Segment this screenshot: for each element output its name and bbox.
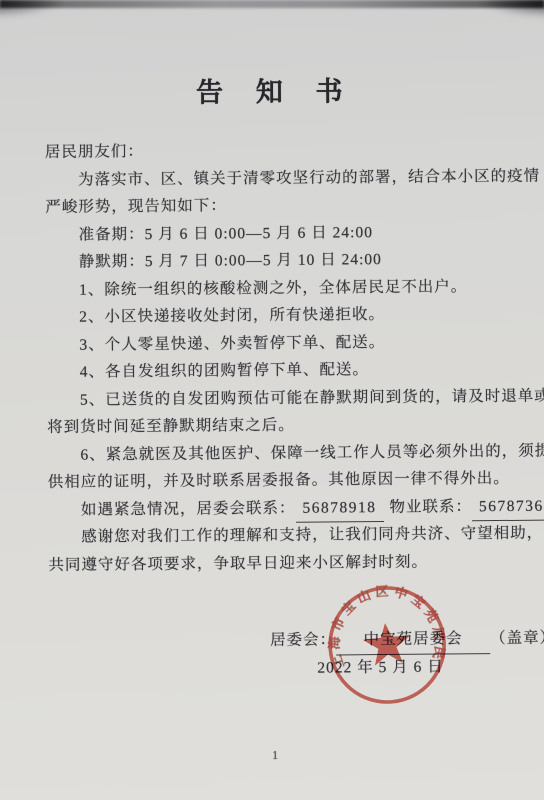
- signature-block: 居委会：中宝苑居委会（盖章） 2022 年 5 月 6 日: [2, 625, 544, 686]
- body-line: 为落实市、区、镇关于清零攻坚行动的部署，结合本小区的疫情: [45, 162, 515, 194]
- paper-sheet: 告 知 书 居民朋友们： 为落实市、区、镇关于清零攻坚行动的部署，结合本小区的疫…: [0, 0, 544, 800]
- contact-middle: 物业联系：: [389, 498, 472, 516]
- rule-3-line: 3、个人零星快递、外卖暂停下单、配送。: [46, 327, 516, 359]
- rule-4-line: 4、各自发组织的团购暂停下单、配送。: [47, 355, 517, 387]
- rule-2-line: 2、小区快递接收处封闭，所有快递拒收。: [46, 300, 516, 332]
- property-phone-number: 56787368: [472, 492, 544, 521]
- rule-5-continued-line: 将到货时间延至静默期结束之后。: [47, 410, 517, 442]
- contact-line: 如遇紧急情况，居委会联系：56878918物业联系：56787368。: [48, 492, 518, 524]
- photo-corner-shadow: [0, 0, 64, 18]
- salutation-line: 居民朋友们：: [45, 135, 515, 167]
- signature-line: 居委会：中宝苑居委会（盖章）: [2, 625, 544, 658]
- closing-line: 共同遵守好各项要求，争取早日迎来小区解封时刻。: [48, 547, 518, 579]
- preparation-period-line: 准备期：5 月 6 日 0:00—5 月 6 日 24:00: [45, 217, 515, 249]
- contact-prefix: 如遇紧急情况，居委会联系：: [81, 499, 296, 518]
- closing-line: 感谢您对我们工作的理解和支持，让我们同舟共济、守望相助，: [48, 520, 518, 552]
- rule-5-line: 5、已送货的自发团购预估可能在静默期间到货的，请及时退单或: [47, 382, 517, 414]
- rule-1-line: 1、除统一组织的核酸检测之外，全体居民足不出户。: [46, 272, 516, 304]
- body-line: 严峻形势，现告知如下：: [45, 190, 515, 222]
- page-number: 1: [3, 746, 544, 766]
- body-text: 居民朋友们： 为落实市、区、镇关于清零攻坚行动的部署，结合本小区的疫情 严峻形势…: [45, 135, 519, 579]
- photo-corner-shadow: [480, 0, 544, 18]
- signature-date: 2022 年 5 月 6 日: [2, 653, 544, 686]
- signature-label: 居委会：: [270, 631, 336, 649]
- rule-6-line: 6、紧急就医及其他医护、保障一线工作人员等必须外出的，须提: [47, 437, 517, 469]
- seal-note: （盖章）: [490, 630, 544, 648]
- rule-6-continued-line: 供相应的证明，并及时联系居委报备。其他原因一律不得外出。: [48, 465, 518, 497]
- document-title: 告 知 书: [0, 68, 541, 112]
- silent-period-line: 静默期：5 月 7 日 0:00—5 月 10 日 24:00: [46, 245, 516, 277]
- committee-name: 中宝苑居委会: [336, 625, 490, 655]
- photographed-notice: 告 知 书 居民朋友们： 为落实市、区、镇关于清零攻坚行动的部署，结合本小区的疫…: [0, 0, 544, 800]
- committee-phone-number: 56878918: [295, 494, 383, 523]
- photo-top-edge: [0, 0, 544, 8]
